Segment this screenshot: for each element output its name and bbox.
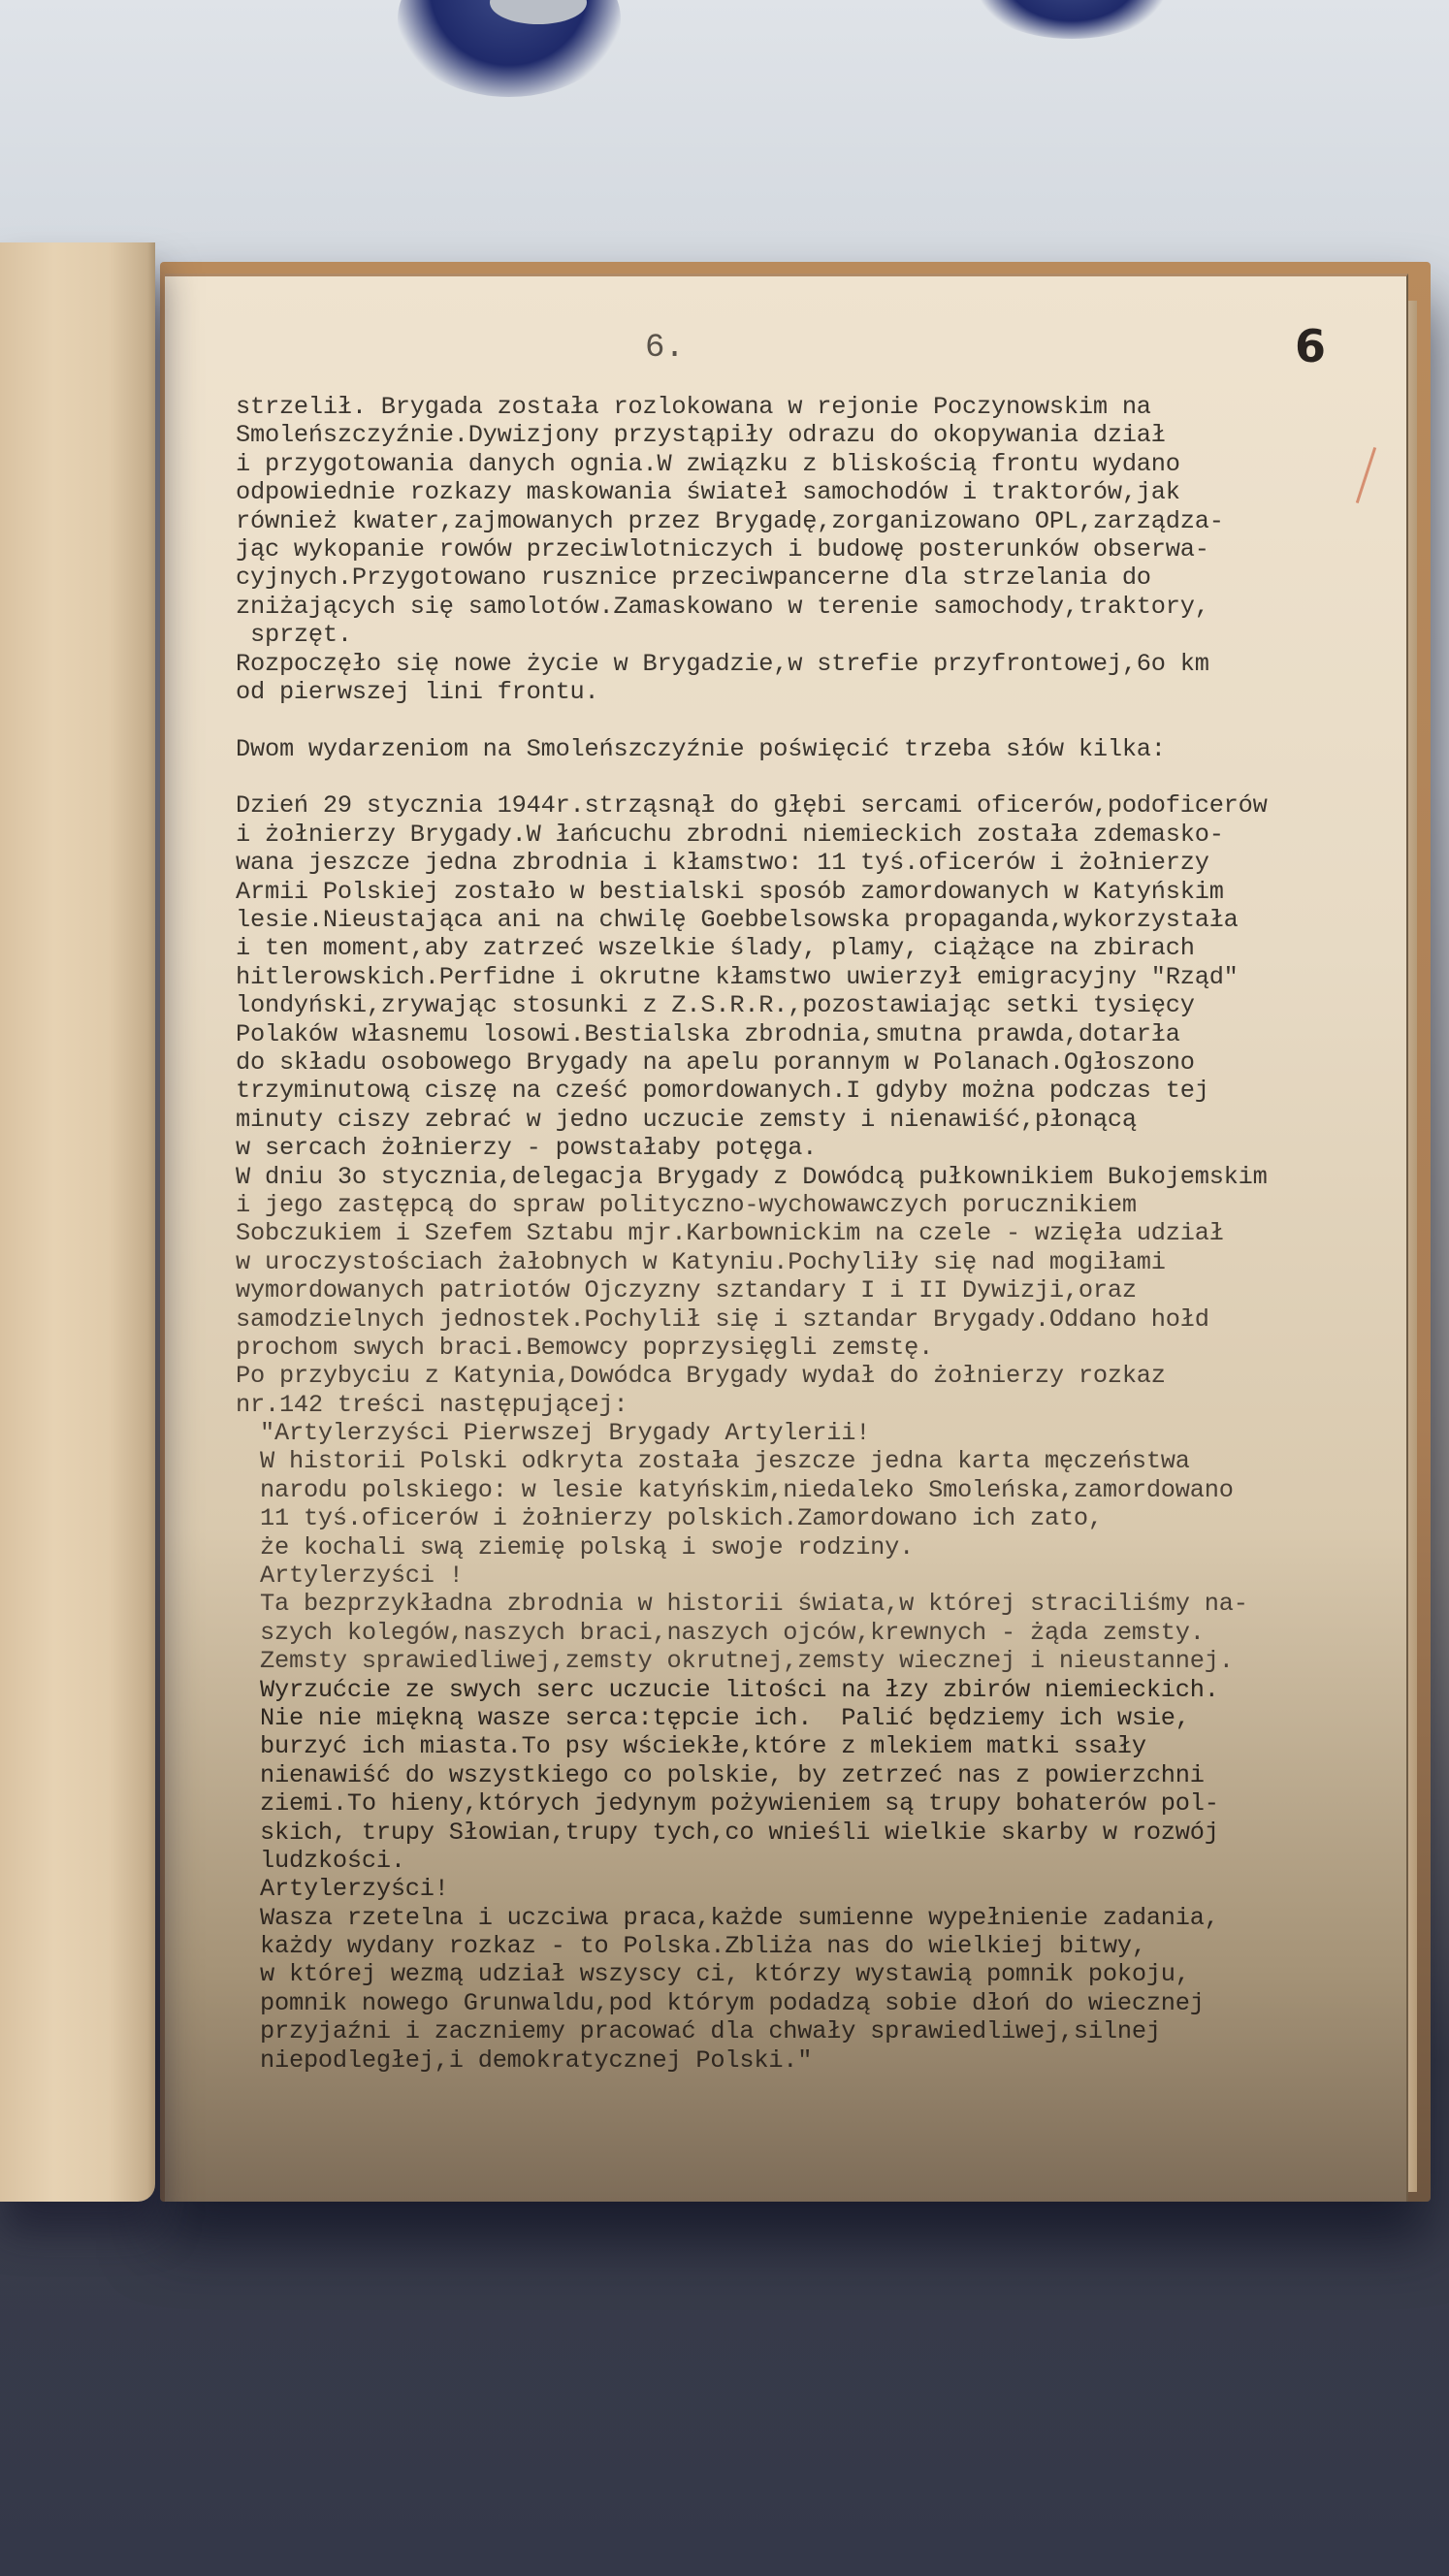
text-line: Sobczukiem i Szefem Sztabu mjr.Karbownic… (236, 1219, 1419, 1247)
text-line: nr.142 treści następującej: (236, 1391, 1419, 1419)
background-object (980, 0, 1164, 39)
text-line: pomnik nowego Grunwaldu,pod którym podad… (260, 1989, 1419, 2017)
text-line: W dniu 3o stycznia,delegacja Brygady z D… (236, 1163, 1419, 1191)
text-line: Wasza rzetelna i uczciwa praca,każde sum… (260, 1904, 1419, 1932)
text-line: każdy wydany rozkaz - to Polska.Zbliża n… (260, 1932, 1419, 1960)
text-line: i ten moment,aby zatrzeć wszelkie ślady,… (236, 934, 1419, 962)
text-line: Wyrzućcie ze swych serc uczucie litości … (260, 1676, 1419, 1704)
text-line: szych kolegów,naszych braci,naszych ojcó… (260, 1619, 1419, 1647)
rolled-page-edge (0, 242, 155, 2202)
text-line: londyński,zrywając stosunki z Z.S.R.R.,p… (236, 991, 1419, 1019)
text-line: sprzęt. (236, 621, 1419, 649)
text-line: "Artylerzyści Pierwszej Brygady Artyleri… (260, 1419, 1419, 1447)
text-line: do składu osobowego Brygady na apelu por… (236, 1048, 1419, 1077)
paragraph: Dzień 29 stycznia 1944r.strząsnął do głę… (236, 791, 1419, 1419)
paragraph-gap (236, 706, 1419, 734)
text-line: ludzkości. (260, 1847, 1419, 1875)
text-line: Artylerzyści ! (260, 1562, 1419, 1590)
text-line: jąc wykopanie rowów przeciwlotniczych i … (236, 535, 1419, 563)
text-line: trzyminutową ciszę na cześć pomordowanyc… (236, 1077, 1419, 1105)
text-line: burzyć ich miasta.To psy wściekłe,które … (260, 1732, 1419, 1760)
text-line: Po przybyciu z Katynia,Dowódca Brygady w… (236, 1362, 1419, 1390)
text-line: prochom swych braci.Bemowcy poprzysięgli… (236, 1334, 1419, 1362)
text-line: zniżających się samolotów.Zamaskowano w … (236, 593, 1419, 621)
text-line: przyjaźni i zaczniemy pracować dla chwał… (260, 2017, 1419, 2045)
text-line: wana jeszcze jedna zbrodnia i kłamstwo: … (236, 849, 1419, 877)
text-line: niepodległej,i demokratycznej Polski." (260, 2046, 1419, 2075)
paragraph: Dwom wydarzeniom na Smoleńszczyźnie pośw… (236, 735, 1419, 763)
text-line: Polaków własnemu losowi.Bestialska zbrod… (236, 1020, 1419, 1048)
text-line: minuty ciszy zebrać w jedno uczucie zems… (236, 1106, 1419, 1134)
text-line: również kwater,zajmowanych przez Brygadę… (236, 507, 1419, 535)
typewritten-body: strzelił. Brygada została rozlokowana w … (236, 393, 1419, 2075)
text-line: Artylerzyści! (260, 1875, 1419, 1903)
text-line: i przygotowania danych ognia.W związku z… (236, 450, 1419, 478)
text-line: lesie.Nieustająca ani na chwilę Goebbels… (236, 906, 1419, 934)
text-line: wymordowanych patriotów Ojczyzny sztanda… (236, 1276, 1419, 1304)
text-line: Nie nie miękną wasze serca:tępcie ich. P… (260, 1704, 1419, 1732)
text-line: hitlerowskich.Perfidne i okrutne kłamstw… (236, 963, 1419, 991)
text-line: ziemi.To hieny,których jedynym pożywieni… (260, 1789, 1419, 1818)
text-line: skich, trupy Słowian,trupy tych,co wnieś… (260, 1819, 1419, 1847)
paragraph-gap (236, 763, 1419, 791)
text-line: Dwom wydarzeniom na Smoleńszczyźnie pośw… (236, 735, 1419, 763)
text-line: od pierwszej lini frontu. (236, 678, 1419, 706)
text-line: Ta bezprzykładna zbrodnia w historii świ… (260, 1590, 1419, 1618)
text-line: Dzień 29 stycznia 1944r.strząsnął do głę… (236, 791, 1419, 820)
text-line: 11 tyś.oficerów i żołnierzy polskich.Zam… (260, 1504, 1419, 1532)
paragraph: strzelił. Brygada została rozlokowana w … (236, 393, 1419, 706)
text-line: w uroczystościach żałobnych w Katyniu.Po… (236, 1248, 1419, 1276)
text-line: i żołnierzy Brygady.W łańcuchu zbrodni n… (236, 821, 1419, 849)
text-line: strzelił. Brygada została rozlokowana w … (236, 393, 1419, 421)
paragraph: "Artylerzyści Pierwszej Brygady Artyleri… (236, 1419, 1419, 2075)
page-number-handwritten: 6 (1295, 320, 1326, 372)
text-line: W historii Polski odkryta została jeszcz… (260, 1447, 1419, 1475)
text-line: Zemsty sprawiedliwej,zemsty okrutnej,zem… (260, 1647, 1419, 1675)
text-line: cyjnych.Przygotowano rusznice przeciwpan… (236, 563, 1419, 592)
text-line: odpowiednie rozkazy maskowania świateł s… (236, 478, 1419, 506)
text-line: w której wezmą udział wszyscy ci, którzy… (260, 1960, 1419, 1988)
page-number-typed: 6. (645, 330, 685, 367)
text-line: że kochali swą ziemię polską i swoje rod… (260, 1533, 1419, 1562)
text-line: samodzielnych jednostek.Pochylił się i s… (236, 1305, 1419, 1334)
text-line: w sercach żołnierzy - powstałaby potęga. (236, 1134, 1419, 1162)
text-line: Armii Polskiej zostało w bestialski spos… (236, 878, 1419, 906)
text-line: nienawiść do wszystkiego co polskie, by … (260, 1761, 1419, 1789)
text-line: Smoleńszczyźnie.Dywizjony przystąpiły od… (236, 421, 1419, 449)
text-line: i jego zastępcą do spraw polityczno-wych… (236, 1191, 1419, 1219)
text-line: Rozpoczęło się nowe życie w Brygadzie,w … (236, 650, 1419, 678)
text-line: narodu polskiego: w lesie katyńskim,nied… (260, 1476, 1419, 1504)
